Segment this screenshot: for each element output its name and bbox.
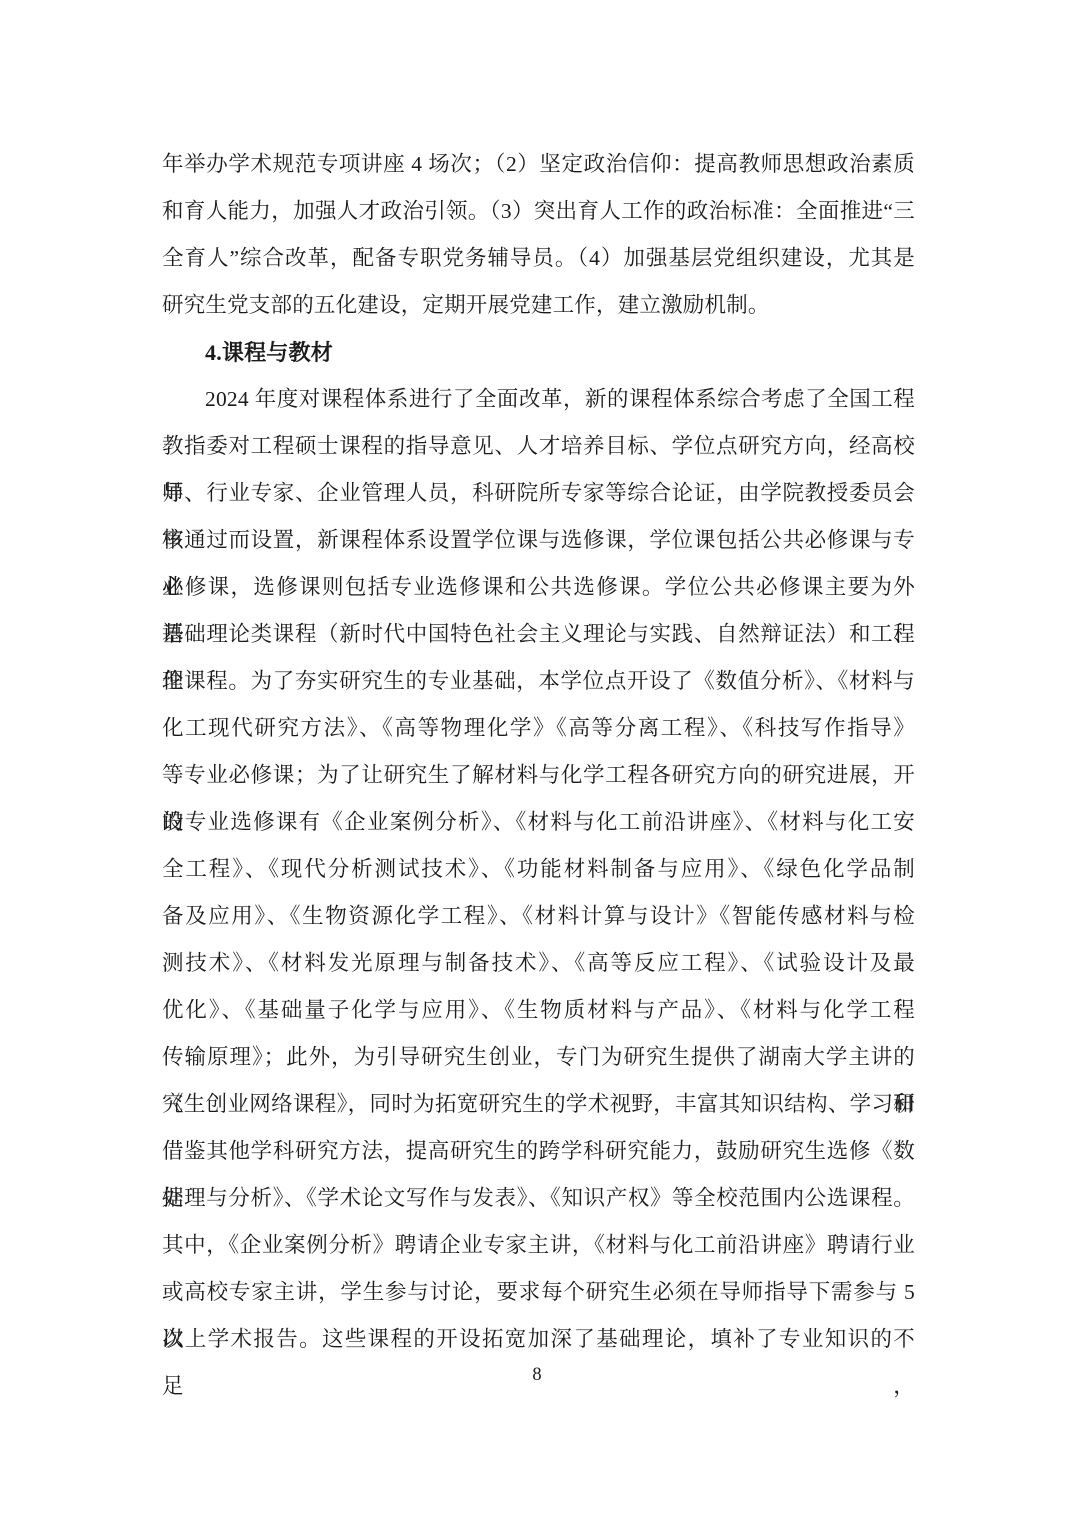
text-line: 的专业选修课有《企业案例分析》、《材料与化工前沿讲座》、《材料与化工安 [162, 799, 915, 846]
text-line: 究生创业网络课程》，同时为拓宽研究生的学术视野，丰富其知识结构、学习和 [162, 1081, 915, 1128]
text-line: 测技术》、《材料发光原理与制备技术》、《高等反应工程》、《试验设计及最 [162, 940, 915, 987]
text-line: 传输原理》；此外，为引导研究生创业，专门为研究生提供了湖南大学主讲的《研 [162, 1034, 915, 1081]
text-line: 借鉴其他学科研究方法，提高研究生的跨学科研究能力，鼓励研究生选修《数据 [162, 1128, 915, 1175]
page-number: 8 [0, 1363, 1074, 1387]
section-heading: 4.课程与教材 [162, 329, 915, 376]
text-line: 其中，《企业案例分析》聘请企业专家主讲，《材料与化工前沿讲座》聘请行业 [162, 1222, 915, 1269]
document-body: 年举办学术规范专项讲座 4 场次；（2）坚定政治信仰：提高教师思想政治素质和育人… [162, 141, 915, 1363]
text-line: 师、行业专家、企业管理人员，科研院所专家等综合论证，由学院教授委员会审 [162, 470, 915, 517]
text-line: 备及应用》、《生物资源化学工程》、《材料计算与设计》《智能传感材料与检 [162, 893, 915, 940]
text-line: 研究生党支部的五化建设，定期开展党建工作，建立激励机制。 [162, 282, 915, 329]
text-line: 理课程。为了夯实研究生的专业基础，本学位点开设了《数值分析》、《材料与 [162, 658, 915, 705]
text-line: 或高校专家主讲，学生参与讨论，要求每个研究生必须在导师指导下需参与 5 次 [162, 1269, 915, 1316]
text-line: 化工现代研究方法》、《高等物理化学》《高等分离工程》、《科技写作指导》 [162, 705, 915, 752]
text-line: 核通过而设置，新课程体系设置学位课与选修课，学位课包括公共必修课与专业 [162, 517, 915, 564]
text-line: 基础理论类课程（新时代中国特色社会主义理论与实践、自然辩证法）和工程伦 [162, 611, 915, 658]
text-line: 必修课，选修课则包括专业选修课和公共选修课。学位公共必修课主要为外语、 [162, 564, 915, 611]
text-line: 处理与分析》、《学术论文写作与发表》、《知识产权》等全校范围内公选课程。 [162, 1175, 915, 1222]
text-line: 全工程》、《现代分析测试技术》、《功能材料制备与应用》、《绿色化学品制 [162, 846, 915, 893]
text-line: 全育人”综合改革，配备专职党务辅导员。（4）加强基层党组织建设，尤其是 [162, 235, 915, 282]
text-line: 2024 年度对课程体系进行了全面改革，新的课程体系综合考虑了全国工程 [162, 376, 915, 423]
document-page: 年举办学术规范专项讲座 4 场次；（2）坚定政治信仰：提高教师思想政治素质和育人… [0, 0, 1074, 1520]
text-line: 优化》、《基础量子化学与应用》、《生物质材料与产品》、《材料与化学工程 [162, 987, 915, 1034]
text-line: 和育人能力，加强人才政治引领。（3）突出育人工作的政治标准：全面推进“三 [162, 188, 915, 235]
text-line: 教指委对工程硕士课程的指导意见、人才培养目标、学位点研究方向，经高校导 [162, 423, 915, 470]
text-line: 等专业必修课；为了让研究生了解材料与化学工程各研究方向的研究进展，开设 [162, 752, 915, 799]
text-line: 年举办学术规范专项讲座 4 场次；（2）坚定政治信仰：提高教师思想政治素质 [162, 141, 915, 188]
text-line: 以上学术报告。这些课程的开设拓宽加深了基础理论，填补了专业知识的不足， [162, 1316, 915, 1363]
